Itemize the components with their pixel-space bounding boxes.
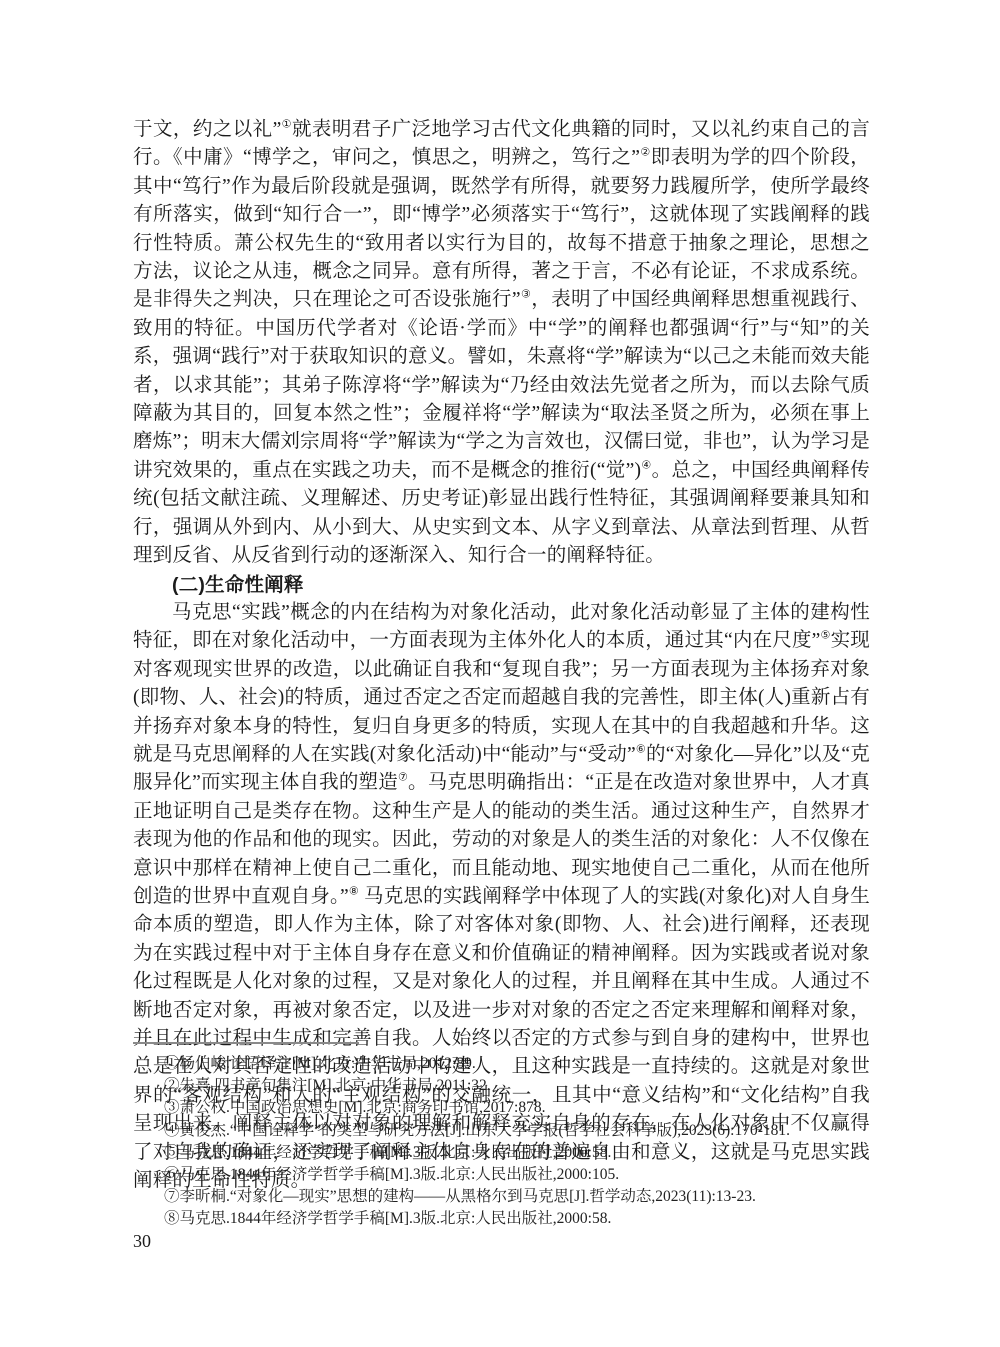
page-number: 30 — [133, 1231, 151, 1252]
footnote-3: ③萧公权.中国政治思想史[M].北京:商务印书馆,2017:878. — [133, 1097, 870, 1119]
footnote-1: ①杨伯峻.论语译注[M].北京:中华书局,2012:89. — [133, 1053, 870, 1075]
footnote-5: ⑤马克思.1844年经济学哲学手稿[M].3版.北京:人民出版社,2000:58… — [133, 1142, 870, 1164]
footnote-4: ④黄俊杰.“中国诠释学”的类型与研究方法[J].山东大学学报(哲学社会科学版),… — [133, 1120, 870, 1142]
body-text-block: 于文，约之以礼”①就表明君子广泛地学习古代文化典籍的同时，又以礼约束自己的言行。… — [133, 116, 870, 1195]
footnotes-section: ①杨伯峻.论语译注[M].北京:中华书局,2012:89. ②朱熹.四书章句集注… — [133, 1042, 870, 1231]
paragraph-practice-interpretation: 于文，约之以礼”①就表明君子广泛地学习古代文化典籍的同时，又以礼约束自己的言行。… — [133, 116, 870, 571]
footnote-7: ⑦李昕桐.“对象化—现实”思想的建构——从黑格尔到马克思[J].哲学动态,202… — [133, 1186, 870, 1208]
document-page: 于文，约之以礼”①就表明君子广泛地学习古代文化典籍的同时，又以礼约束自己的言行。… — [0, 0, 1000, 1347]
footnote-divider — [133, 1042, 359, 1044]
footnote-8: ⑧马克思.1844年经济学哲学手稿[M].3版.北京:人民出版社,2000:58… — [133, 1208, 870, 1230]
footnote-6: ⑥马克思.1844年经济学哲学手稿[M].3版.北京:人民出版社,2000:10… — [133, 1164, 870, 1186]
section-heading-life-interpretation: (二)生命性阐释 — [133, 571, 870, 599]
footnote-2: ②朱熹.四书章句集注[M].北京:中华书局,2011:32. — [133, 1075, 870, 1097]
